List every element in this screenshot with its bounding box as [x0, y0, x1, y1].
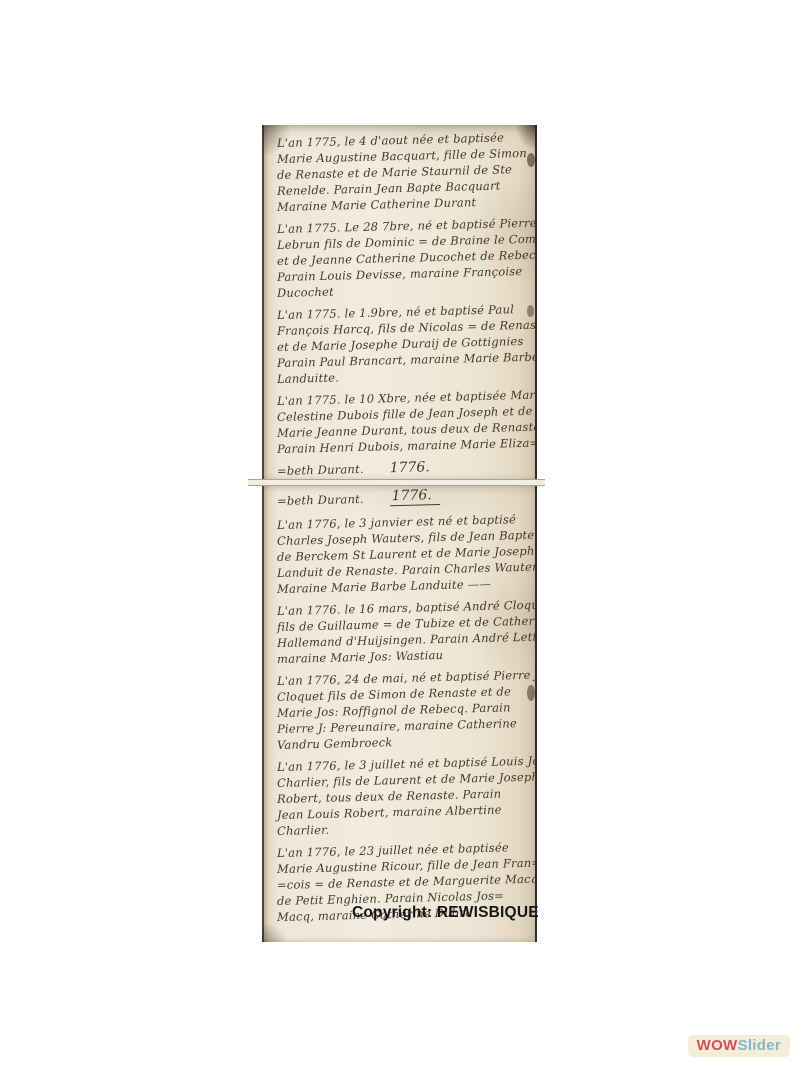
- strip-top-entries: L'an 1775, le 4 d'aout née et baptiséeMa…: [277, 135, 531, 457]
- carry-line-bottom-text: =beth Durant.: [277, 491, 364, 509]
- register-entry: L'an 1776. le 16 mars, baptisé André Clo…: [277, 603, 531, 667]
- scan-strip-top: L'an 1775, le 4 d'aout née et baptiséeMa…: [262, 125, 537, 480]
- wowslider-wow-label: WOW: [697, 1037, 738, 1054]
- wowslider-watermark[interactable]: WOWSlider: [688, 1035, 790, 1057]
- carry-line-top-text: =beth Durant.: [277, 461, 364, 479]
- register-entry: L'an 1775. le 1.9bre, né et baptisé Paul…: [277, 307, 531, 387]
- register-entry: L'an 1776, le 3 juillet né et baptisé Lo…: [277, 759, 531, 839]
- register-entry: L'an 1775, le 4 d'aout née et baptiséeMa…: [277, 135, 531, 215]
- carry-line-bottom: =beth Durant. 1776.: [277, 485, 531, 509]
- register-entry: L'an 1775. le 10 Xbre, née et baptisée M…: [277, 393, 531, 457]
- carry-line-top: =beth Durant. 1776.: [277, 457, 531, 479]
- scan-seam: [248, 479, 545, 486]
- scanned-register-page: L'an 1775, le 4 d'aout née et baptiséeMa…: [262, 125, 537, 942]
- wowslider-slider-label: Slider: [738, 1037, 781, 1054]
- register-entry: L'an 1776, le 3 janvier est né et baptis…: [277, 517, 531, 597]
- register-entry: L'an 1776, 24 de mai, né et baptisé Pier…: [277, 673, 531, 753]
- copyright-overlay: Copyright: REWISBIQUE: [352, 904, 539, 922]
- scan-strip-bottom: =beth Durant. 1776. L'an 1776, le 3 janv…: [262, 483, 537, 942]
- strip-bottom-entries: L'an 1776, le 3 janvier est né et baptis…: [277, 517, 531, 925]
- register-entry: L'an 1775. Le 28 7bre, né et baptisé Pie…: [277, 221, 531, 301]
- year-heading-bottom: 1776.: [389, 487, 440, 506]
- year-heading-top: 1776.: [390, 459, 430, 476]
- slider-stage: L'an 1775, le 4 d'aout née et baptiséeMa…: [0, 0, 800, 1067]
